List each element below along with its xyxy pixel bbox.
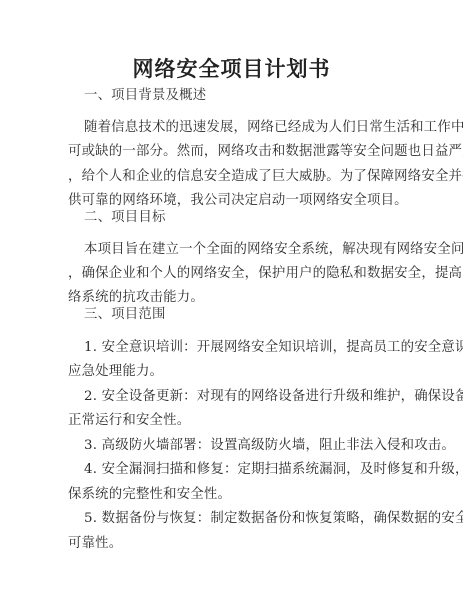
paragraph-line: ，确保企业和个人的网络安全，保护用户的隐私和数据安全，提高网 (68, 262, 463, 281)
paragraph-line: 本项目旨在建立一个全面的网络安全系统，解决现有网络安全问题 (84, 238, 463, 257)
list-item-line: 3. 高级防火墙部署：设置高级防火墙，阻止非法入侵和攻击。 (84, 434, 455, 453)
document-page: 网络安全项目计划书 一、项目背景及概述 随着信息技术的迅速发展，网络已经成为人们… (0, 0, 463, 600)
list-item-line: 5. 数据备份与恢复：制定数据备份和恢复策略，确保数据的安全和 (84, 507, 463, 526)
list-item-line: 正常运行和安全性。 (68, 409, 190, 428)
section-heading: 三、项目范围 (84, 303, 166, 322)
document-title: 网络安全项目计划书 (0, 53, 463, 83)
list-item-line: 2. 安全设备更新：对现有的网络设备进行升级和维护，确保设备的 (84, 385, 463, 404)
list-item-line: 可靠性。 (68, 532, 122, 551)
paragraph-line: ，给个人和企业的信息安全造成了巨大威胁。为了保障网络安全并提 (68, 165, 463, 184)
list-item-line: 保系统的完整性和安全性。 (68, 483, 231, 502)
paragraph-line: 随着信息技术的迅速发展，网络已经成为人们日常生活和工作中不 (84, 116, 463, 135)
section-heading: 二、项目目标 (84, 206, 166, 225)
list-item-line: 1. 安全意识培训：开展网络安全知识培训，提高员工的安全意识和 (84, 336, 463, 355)
section-heading: 一、项目背景及概述 (84, 84, 206, 103)
list-item-line: 应急处理能力。 (68, 360, 163, 379)
paragraph-line: 可或缺的一部分。然而，网络攻击和数据泄露等安全问题也日益严重 (68, 140, 463, 159)
list-item-line: 4. 安全漏洞扫描和修复：定期扫描系统漏洞，及时修复和升级，确 (84, 458, 463, 477)
